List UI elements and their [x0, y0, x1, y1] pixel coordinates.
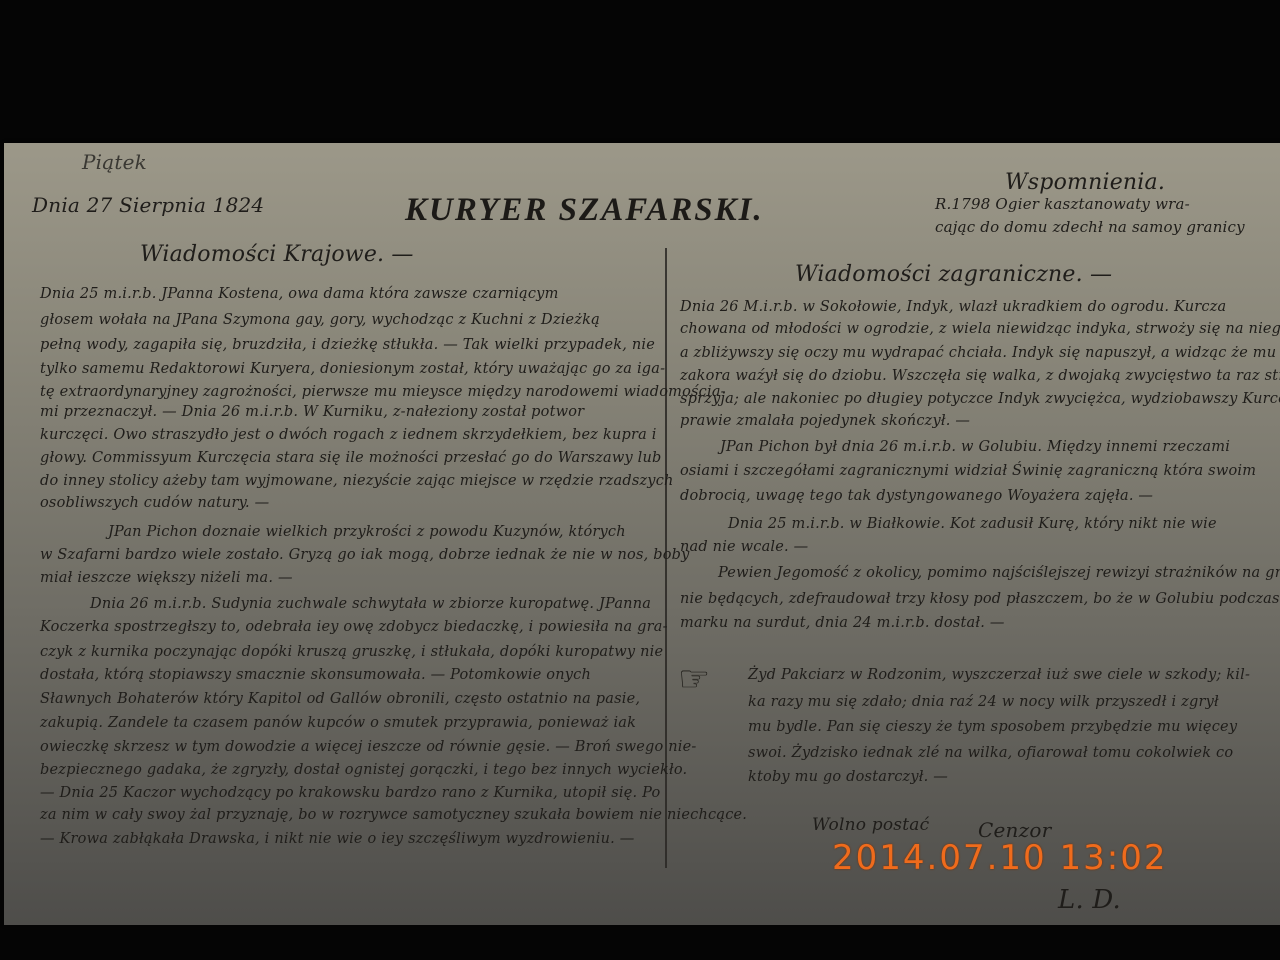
right-line: nie będących, zdefraudował trzy kłosy po…	[680, 592, 1280, 607]
approval-text: Wolno postać	[812, 815, 929, 835]
pointing-hand-icon: ☞	[678, 660, 730, 700]
right-line: swoi. Żydzisko iednak zlé na wilka, ofia…	[748, 746, 1233, 761]
left-line: Sławnych Bohaterów który Kapitol od Gall…	[40, 692, 640, 707]
right-line: dobrocią, uwagę tego tak dystyngowanego …	[680, 489, 1153, 504]
right-line: Żyd Pakciarz w Rodzonim, wyszczerzał iuż…	[748, 668, 1250, 683]
left-line: osobliwszych cudów natury. —	[40, 496, 269, 511]
left-line: czyk z kurnika poczynając dopóki kruszą …	[40, 645, 663, 660]
issue-date: Dnia 27 Sierpnia 1824	[32, 193, 264, 217]
right-line: ka razy mu się zdało; dnia raź 24 w nocy…	[748, 695, 1219, 710]
left-line: Dnia 26 m.i.r.b. Sudynia zuchwale schwyt…	[90, 597, 651, 612]
domestic-news-heading: Wiadomości Krajowe. —	[140, 242, 414, 267]
right-line: Dnia 25 m.i.r.b. w Białkowie. Kot zadusi…	[728, 517, 1217, 532]
left-line: głowy. Commissyum Kurczęcia stara się il…	[40, 451, 662, 466]
right-line: JPan Pichon był dnia 26 m.i.r.b. w Golub…	[720, 440, 1230, 455]
right-line: Pewien Jegomość z okolicy, pomimo najści…	[718, 566, 1280, 581]
left-line: owieczkę skrzesz w tym dowodzie a więcej…	[40, 740, 697, 755]
right-line: chowana od młodości w ogrodzie, z wiela …	[680, 322, 1280, 337]
left-line: JPan Pichon doznaie wielkich przykrości …	[108, 525, 626, 540]
left-line: — Dnia 25 Kaczor wychodzący po krakowsku…	[40, 786, 660, 801]
left-line: głosem wołała na JPana Szymona gay, gory…	[40, 313, 600, 328]
left-line: do inney stolicy ażeby tam wyjmowane, ni…	[40, 474, 674, 489]
left-line: za nim w cały swoy żal przyznaję, bo w r…	[40, 808, 747, 823]
right-line: a zbliżywszy się oczy mu wydrapać chciał…	[680, 346, 1280, 361]
right-line: Dnia 26 M.i.r.b. w Sokołowie, Indyk, wla…	[680, 300, 1226, 315]
day-label: Piątek	[82, 150, 147, 174]
right-line: sprzyja; ale nakoniec po długiey potyczc…	[680, 392, 1280, 407]
left-line: w Szafarni bardzo wiele zostało. Gryzą g…	[40, 548, 690, 563]
censor-initials: L. D.	[1058, 885, 1121, 915]
left-line: tylko samemu Redaktorowi Kuryera, donies…	[40, 362, 665, 377]
right-line: ktoby mu go dostarczył. —	[748, 770, 948, 785]
left-line: dostała, którą stopiawszy smacznie skons…	[40, 668, 591, 683]
right-line: nad nie wcale. —	[680, 540, 808, 555]
left-line: Koczerka spostrzegłszy to, odebrała iey …	[40, 620, 668, 635]
memories-line-1: R.1798 Ogier kasztanowaty wra-	[935, 195, 1190, 213]
masthead-title: KURYER SZAFARSKI.	[405, 192, 764, 229]
left-line: zakupią. Zandele ta czasem panów kupców …	[40, 716, 636, 731]
memories-heading: Wspomnienia.	[1005, 170, 1165, 195]
left-line: kurczęci. Owo straszydło jest o dwóch ro…	[40, 428, 657, 443]
right-line: mu bydle. Pan się cieszy że tym sposobem…	[748, 720, 1237, 735]
camera-date-stamp: 2014.07.10 13:02	[832, 838, 1167, 878]
left-line: tę extraordynaryjney zagrożności, pierws…	[40, 385, 726, 400]
left-line: bezpiecznego gadaka, że zgryzły, dostał …	[40, 763, 687, 778]
memories-line-2: cając do domu zdechł na samoy granicy	[935, 218, 1245, 236]
right-line: osiami i szczegółami zagranicznymi widzi…	[680, 464, 1256, 479]
right-line: zakora waźył się do dziobu. Wszczęła się…	[680, 369, 1280, 384]
left-line: mi przeznaczył. — Dnia 26 m.i.r.b. W Kur…	[40, 405, 584, 420]
foreign-news-heading: Wiadomości zagraniczne. —	[795, 262, 1112, 287]
left-line: — Krowa zabłąkała Drawska, i nikt nie wi…	[40, 832, 634, 847]
right-line: prawie zmalała pojedynek skończył. —	[680, 414, 970, 429]
right-line: marku na surdut, dnia 24 m.i.r.b. dostał…	[680, 616, 1005, 631]
left-line: miał ieszcze większy niżeli ma. —	[40, 571, 293, 586]
left-line: pełną wody, zagapiła się, bruzdziła, i d…	[40, 338, 655, 353]
left-line: Dnia 25 m.i.r.b. JPanna Kostena, owa dam…	[40, 287, 559, 302]
